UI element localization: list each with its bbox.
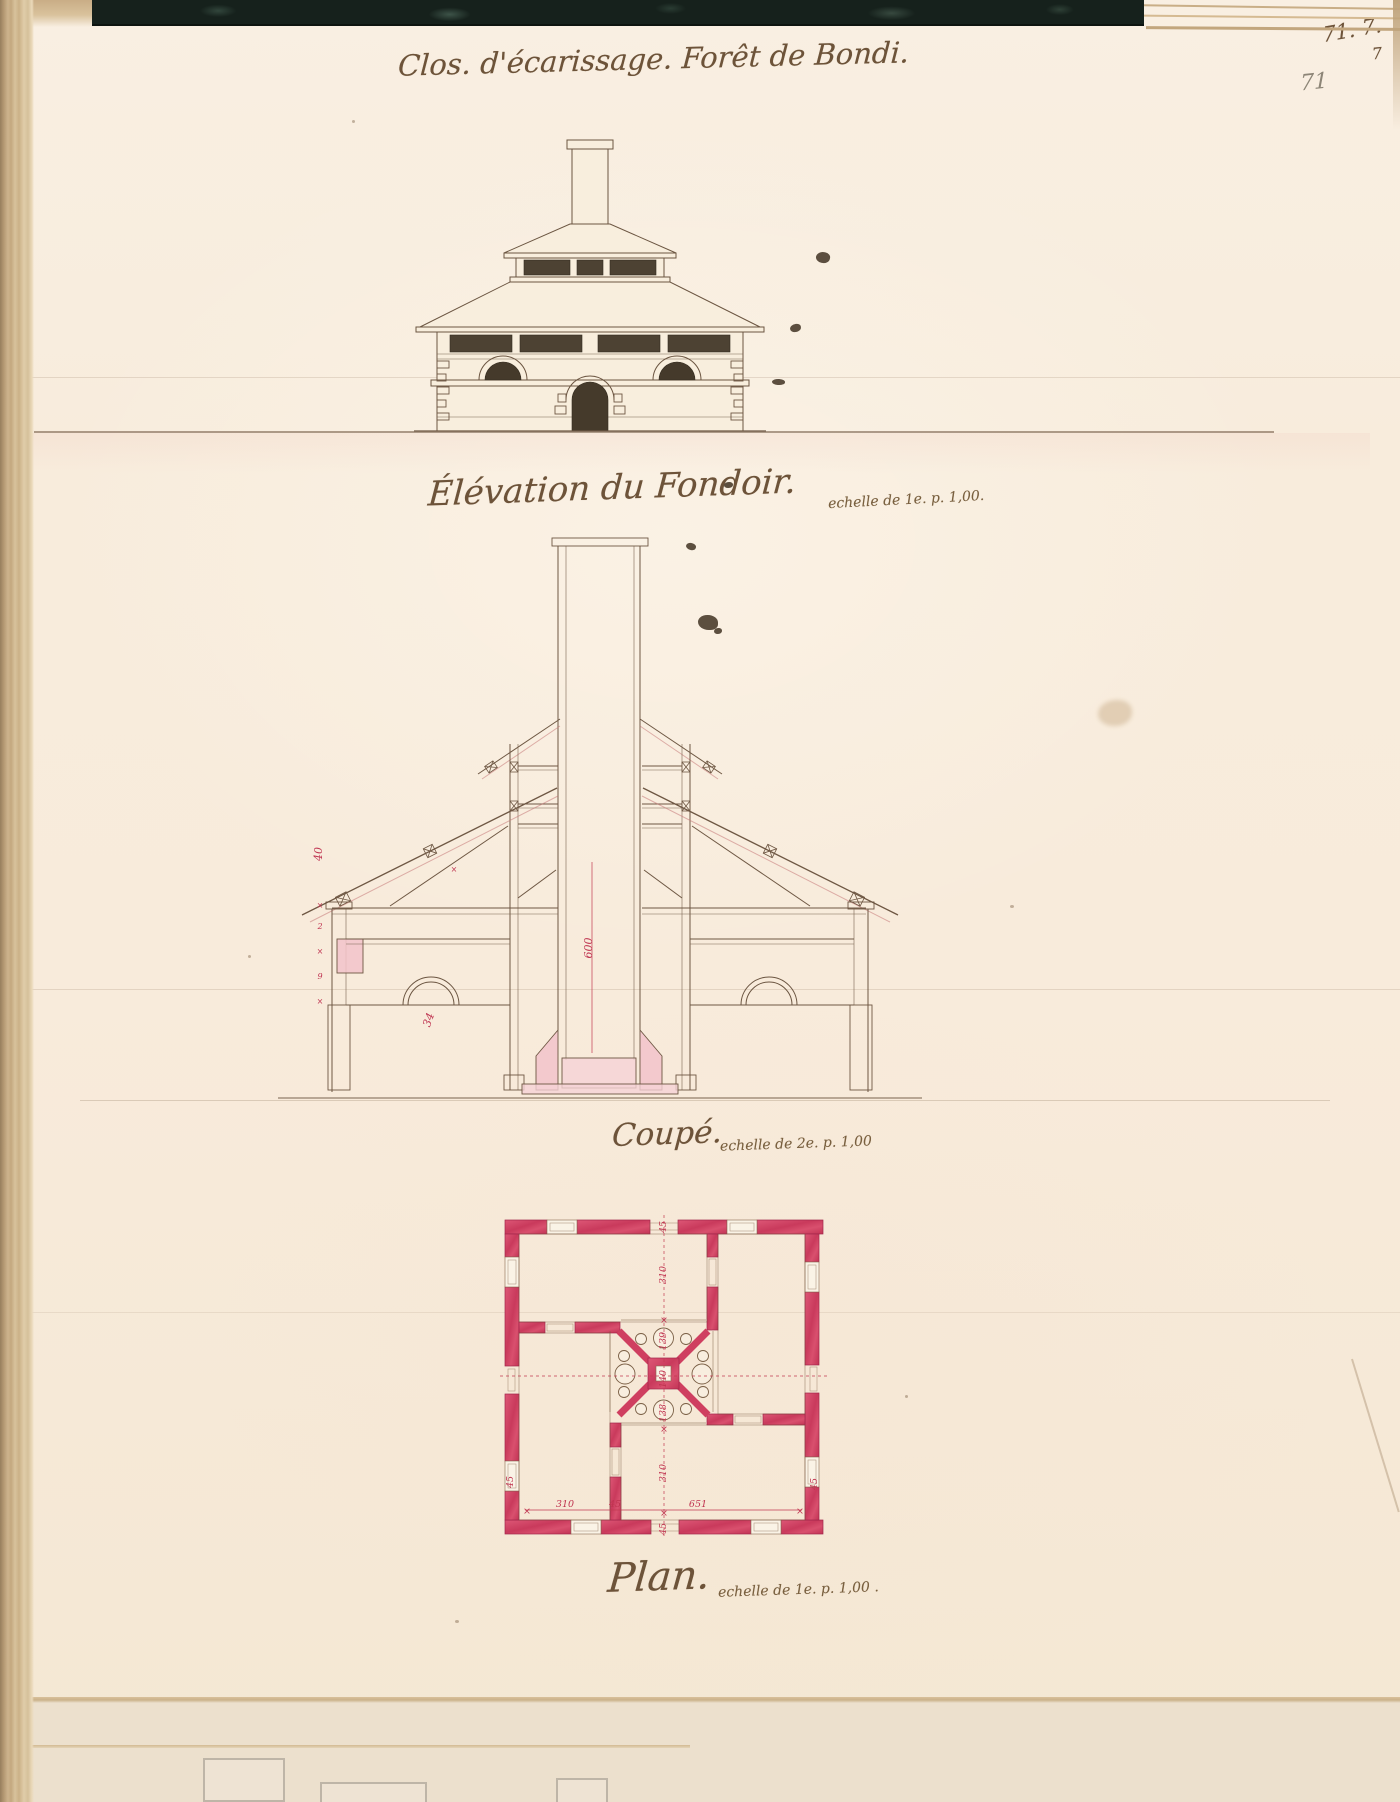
dim-tick: × xyxy=(317,901,324,910)
dim-flue-height: 600 xyxy=(582,938,595,959)
dim-tick: × xyxy=(660,1508,668,1519)
folio-number-pencil: 71 xyxy=(1300,68,1328,96)
dim-south-offset: 45 xyxy=(658,1523,669,1536)
dim-east-room-width: 651 xyxy=(689,1499,707,1510)
plan-scale-note: echelle de 1e. p. 1,00 . xyxy=(718,1579,879,1601)
ink-stain xyxy=(815,251,831,265)
section-lantern-posts xyxy=(510,744,690,1090)
elevation-roof xyxy=(416,282,764,332)
dim-tick: × xyxy=(317,947,324,956)
dim-tick: × xyxy=(660,1315,668,1326)
dim-east-offset: 45 xyxy=(809,1478,820,1491)
under-sheet-sketch-fragment xyxy=(556,1778,608,1802)
elevation-drawing xyxy=(400,128,780,434)
dim-pot-north: 139 xyxy=(658,1332,669,1350)
paper-speck xyxy=(455,1620,459,1623)
dim-pot-south: 138 xyxy=(658,1404,669,1422)
paper-speck xyxy=(905,1395,908,1398)
dim-north-offset: 45 xyxy=(658,1221,669,1234)
manuscript-page: Clos. d'écarissage. Forêt de Bondi. 71. … xyxy=(0,0,1400,1802)
dim-court-south: 310 xyxy=(658,1464,669,1482)
dim-eave-height: 40 xyxy=(312,847,325,862)
section-caption: Coupé. xyxy=(611,1114,724,1154)
dim-mid-offset: 45 xyxy=(608,1499,621,1510)
bottom-under-sheet xyxy=(0,1697,1400,1802)
under-sheet-corner-edge xyxy=(1351,1359,1400,1513)
left-page-stack-edge xyxy=(0,0,34,1802)
elevation-chimney xyxy=(567,140,613,224)
folio-mark-ink-small: 7 xyxy=(1371,44,1383,64)
plan-drawing: 45 310 139 140 138 310 45 45 45 310 651 … xyxy=(480,1195,850,1555)
section-furnace-base xyxy=(522,1030,678,1094)
dim-tick: × xyxy=(660,1424,668,1435)
dim-west-room-width: 310 xyxy=(556,1499,574,1510)
under-sheet-sketch-fragment xyxy=(320,1782,427,1802)
marbled-binding-edge xyxy=(92,0,1144,26)
dim-west-offset: 45 xyxy=(505,1476,516,1489)
section-scale-note: echelle de 2e. p. 1,00 xyxy=(720,1133,872,1154)
plan-caption: Plan. xyxy=(606,1552,712,1602)
foxing-stain xyxy=(1098,700,1132,726)
ink-stain xyxy=(789,323,801,332)
dim-tick: × xyxy=(523,1506,531,1517)
dim-tick: × xyxy=(451,865,458,874)
dim-tick: 2 xyxy=(316,922,322,931)
section-drawing: 600 40 × 2 × 9 × × 34 xyxy=(240,478,960,1108)
elevation-lantern xyxy=(504,224,676,282)
section-truss xyxy=(302,788,898,922)
dim-court-north: 310 xyxy=(658,1266,669,1284)
right-paper-edge xyxy=(1393,0,1400,130)
under-sheet-edge xyxy=(0,1745,690,1748)
page-title: Clos. d'écarissage. Forêt de Bondi. xyxy=(397,35,910,82)
paper-speck xyxy=(1010,905,1014,908)
top-right-sheet-edge xyxy=(1130,4,1400,10)
under-sheet-sketch-fragment xyxy=(203,1758,285,1802)
top-right-sheet-edge xyxy=(1146,26,1400,31)
section-arches xyxy=(346,977,854,1005)
dim-arch-width: 34 xyxy=(420,1011,437,1029)
plan-dimensions: 45 310 139 140 138 310 45 45 45 310 651 … xyxy=(500,1215,828,1539)
dim-tick: × xyxy=(796,1506,804,1517)
section-lantern-roof xyxy=(478,719,722,779)
dim-tick: 9 xyxy=(317,972,322,981)
section-chimney xyxy=(552,538,648,1060)
paper-speck xyxy=(352,120,355,123)
dim-center-flue: 140 xyxy=(658,1370,669,1388)
dim-tick: × xyxy=(317,997,324,1006)
